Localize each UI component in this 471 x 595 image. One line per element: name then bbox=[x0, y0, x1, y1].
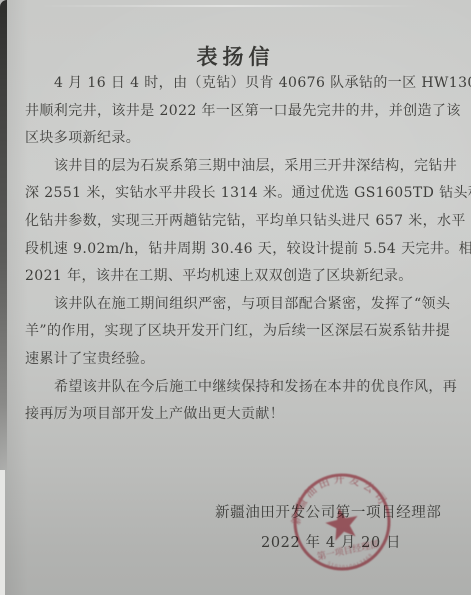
body-line: 化钻井参数，实现三开两趟钻完钻，平均单只钻头进尺 657 米，水平 bbox=[25, 208, 447, 236]
body-line: 2021 年，该井在工期、平均机速上双双创造了区块新纪录。 bbox=[25, 263, 447, 291]
photographed-letter: 表扬信 4 月 16 日 4 时，由（克钻）贝肯 40676 队承钻的一区 HW… bbox=[0, 0, 471, 595]
body-line: 深 2551 米，实钻水平井段长 1314 米。通过优选 GS1605TD 钻头… bbox=[25, 180, 447, 208]
body-line: 接再厉为项目部开发上产做出更大贡献！ bbox=[25, 401, 447, 429]
official-seal: 新疆油田开发公司 第一项目经理部 5102010013468 bbox=[271, 451, 413, 593]
body-line: 该井目的层为石炭系第三期中油层，采用三开井深结构，完钻井 bbox=[25, 153, 447, 181]
letter-title: 表扬信 bbox=[0, 41, 471, 71]
body-line: 段机速 9.02m/h，钻井周期 30.46 天，较设计提前 5.54 天完井。… bbox=[25, 236, 447, 264]
paper-left-edge-highlight bbox=[0, 470, 5, 595]
body-line: 4 月 16 日 4 时，由（克钻）贝肯 40676 队承钻的一区 HW1306 bbox=[25, 70, 447, 98]
svg-text:新疆油田开发公司: 新疆油田开发公司 bbox=[281, 463, 392, 529]
seal-arc-text: 新疆油田开发公司 bbox=[281, 463, 392, 529]
paper-left-edge-shadow bbox=[0, 0, 7, 475]
star-icon bbox=[323, 504, 362, 542]
letter-body: 4 月 16 日 4 时，由（克钻）贝肯 40676 队承钻的一区 HW1306… bbox=[25, 70, 447, 429]
body-line: 区块多项新纪录。 bbox=[25, 125, 447, 153]
body-line: 羊”的作用，实现了区块开发开门红，为后续一区深层石炭系钻井提 bbox=[25, 318, 447, 346]
body-line: 速累计了宝贵经验。 bbox=[25, 346, 447, 374]
paper-crease bbox=[40, 5, 420, 7]
body-line: 希望该井队在今后施工中继续保持和发扬在本井的优良作风，再 bbox=[25, 374, 447, 402]
body-line: 该井队在施工期间组织严密，与项目部配合紧密，发挥了“领头 bbox=[25, 291, 447, 319]
body-line: 井顺利完井，该井是 2022 年一区第一口最先完井的井，并创造了该 bbox=[25, 98, 447, 126]
